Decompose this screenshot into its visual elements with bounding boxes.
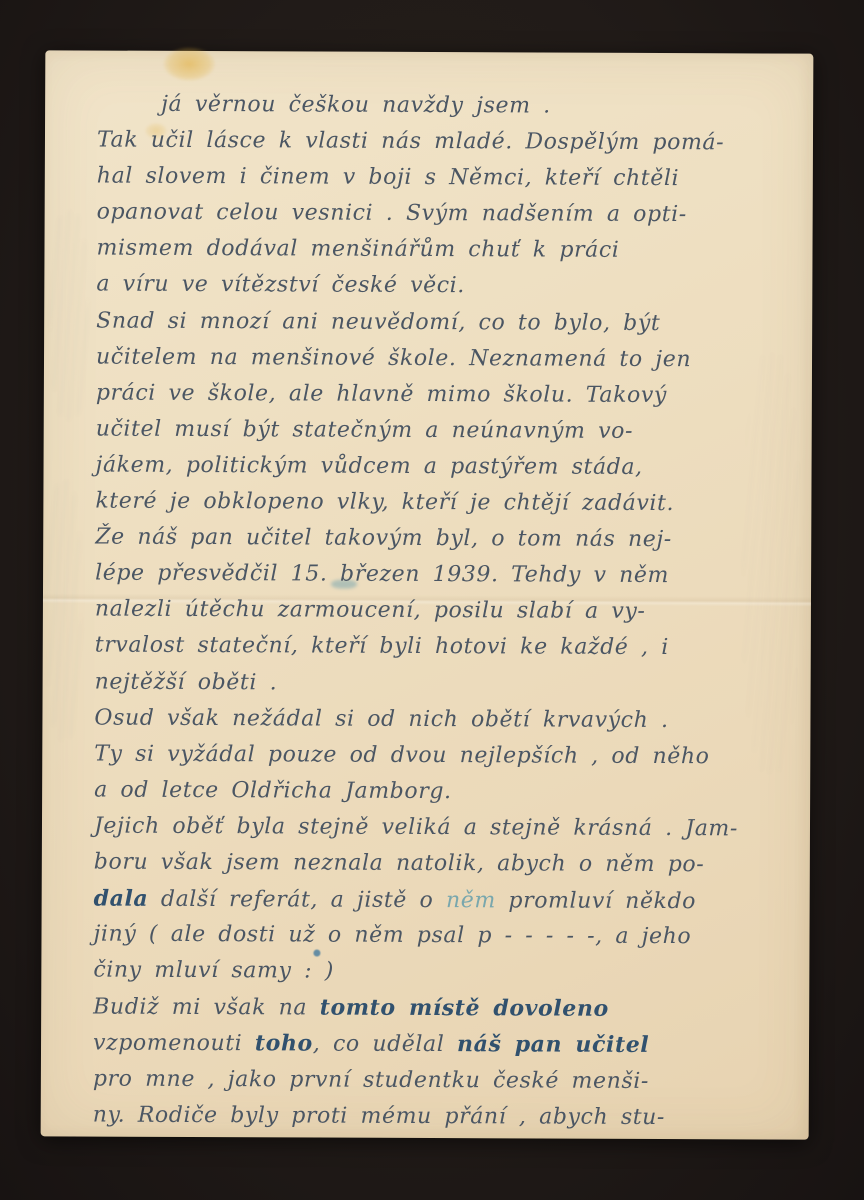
letter-line: já věrnou češkou navždy jsem . (97, 87, 811, 126)
letter-line-segment: nejtěžší oběti . (95, 669, 278, 695)
letter-line: učitel musí být statečným a neúnavným vo… (96, 411, 810, 450)
letter-line: nalezli útěchu zarmoucení, posilu slabí … (95, 592, 809, 631)
letter-line-segment: toho (255, 1031, 313, 1057)
letter-line-segment: a od letce Oldřicha Jamborg. (94, 777, 452, 804)
letter-line-segment: učitel musí být statečným a neúnavným vo… (96, 416, 633, 443)
letter-line-segment: Tak učil lásce k vlasti nás mladé. Dospě… (97, 128, 724, 156)
letter-line-segment: jiný ( ale dosti už o něm psal p - - - -… (93, 922, 691, 950)
letter-line: Snad si mnozí ani neuvědomí, co to bylo,… (96, 303, 810, 342)
letter-line-segment: lépe přesvědčil 15. březen 1939. Tehdy v… (95, 561, 669, 589)
letter-line-segment: dala (94, 886, 149, 912)
letter-line: Osud však nežádal si od nich obětí krvav… (94, 700, 808, 739)
letter-line: které je obklopeno vlky, kteří je chtějí… (95, 484, 809, 523)
letter-line: a víru ve vítězství české věci. (96, 267, 810, 306)
letter-line-segment: , co udělal (313, 1032, 457, 1058)
letter-line: jákem, politickým vůdcem a pastýřem stád… (95, 447, 809, 486)
letter-line: Tak učil lásce k vlasti nás mladé. Dospě… (97, 123, 811, 162)
letter-line-segment: náš pan učitel (457, 1032, 649, 1059)
letter-line-segment: učitelem na menšinové škole. Neznamená t… (96, 344, 691, 372)
letter-line: opanovat celou vesnici . Svým nadšením a… (97, 195, 811, 234)
letter-line: práci ve škole, ale hlavně mimo školu. T… (96, 375, 810, 414)
letter-line-segment: trvalost stateční, kteří byli hotovi ke … (95, 633, 669, 661)
letter-line-segment: mismem dodával menšinářům chuť k práci (96, 236, 619, 263)
letter-line-segment: Budiž mi však na (93, 995, 320, 1021)
letter-line-segment: vzpomenouti (93, 1031, 255, 1057)
letter-line-segment: Osud však nežádal si od nich obětí krvav… (94, 705, 668, 733)
letter-line-segment: Ty si vyžádal pouze od dvou nejlepších ,… (94, 741, 709, 769)
paper-stain-top (163, 47, 215, 81)
letter-line: jiný ( ale dosti už o něm psal p - - - -… (93, 917, 807, 956)
letter-line: trvalost stateční, kteří byli hotovi ke … (95, 628, 809, 667)
photo-background: já věrnou češkou navždy jsem .Tak učil l… (0, 0, 864, 1200)
letter-line-segment: práci ve škole, ale hlavně mimo školu. T… (96, 380, 667, 407)
showthrough-mark (46, 480, 81, 740)
letter-line: dala další referát, a jistě o něm promlu… (94, 881, 808, 920)
letter-line-segment: boru však jsem neznala natolik, abych o … (94, 850, 705, 878)
letter-line-segment: hal slovem i činem v boji s Němci, kteří… (97, 164, 679, 192)
letter-line: činy mluví samy : ) (93, 953, 807, 992)
letter-line: mismem dodával menšinářům chuť k práci (96, 231, 810, 270)
letter-line: nejtěžší oběti . (95, 664, 809, 703)
letter-line-segment: ny. Rodiče byly proti mému přání , abych… (93, 1102, 665, 1129)
letter-line: Budiž mi však na tomto místě dovoleno (93, 989, 807, 1028)
letter-line: Že náš pan učitel takovým byl, o tom nás… (95, 520, 809, 559)
letter-line: a od letce Oldřicha Jamborg. (94, 772, 808, 811)
letter-text: já věrnou češkou navždy jsem .Tak učil l… (93, 87, 812, 1140)
letter-line: Jejich oběť byla stejně veliká a stejně … (94, 808, 808, 847)
letter-line-segment: Snad si mnozí ani neuvědomí, co to bylo,… (96, 308, 660, 335)
letter-line-segment: nalezli útěchu zarmoucení, posilu slabí … (95, 597, 646, 624)
letter-line-segment: které je obklopeno vlky, kteří je chtějí… (95, 489, 674, 517)
letter-page: já věrnou češkou navždy jsem .Tak učil l… (41, 50, 814, 1139)
letter-line: ny. Rodiče byly proti mému přání , abych… (93, 1097, 807, 1136)
letter-line: vzpomenouti toho, co udělal náš pan učit… (93, 1025, 807, 1064)
letter-line: pro mne , jako první studentku české men… (93, 1061, 807, 1100)
letter-line-segment: promluví někdo (496, 888, 696, 914)
letter-line: Ty si vyžádal pouze od dvou nejlepších ,… (94, 736, 808, 775)
letter-line: boru však jsem neznala natolik, abych o … (94, 845, 808, 884)
letter-line-segment: Že náš pan učitel takovým byl, o tom nás… (95, 525, 672, 553)
letter-line: lépe přesvědčil 15. březen 1939. Tehdy v… (95, 556, 809, 595)
letter-line-segment: činy mluví samy : ) (93, 958, 334, 984)
letter-line-segment: další referát, a jistě o (148, 887, 446, 913)
letter-line-segment: něm (446, 888, 496, 913)
letter-line: učitelem na menšinové škole. Neznamená t… (96, 339, 810, 378)
letter-line-segment: já věrnou češkou navždy jsem . (161, 92, 551, 119)
letter-line-segment: a víru ve vítězství české věci. (96, 272, 465, 299)
letter-line-segment: Jejich oběť byla stejně veliká a stejně … (94, 813, 738, 841)
letter-line-segment: tomto místě dovoleno (320, 995, 609, 1022)
letter-line-segment: jákem, politickým vůdcem a pastýřem stád… (96, 452, 643, 479)
letter-line-segment: pro mne , jako první studentku české men… (93, 1066, 649, 1093)
showthrough-mark (50, 210, 89, 420)
letter-line-segment: opanovat celou vesnici . Svým nadšením a… (97, 200, 687, 228)
letter-line: hal slovem i činem v boji s Němci, kteří… (97, 159, 811, 198)
